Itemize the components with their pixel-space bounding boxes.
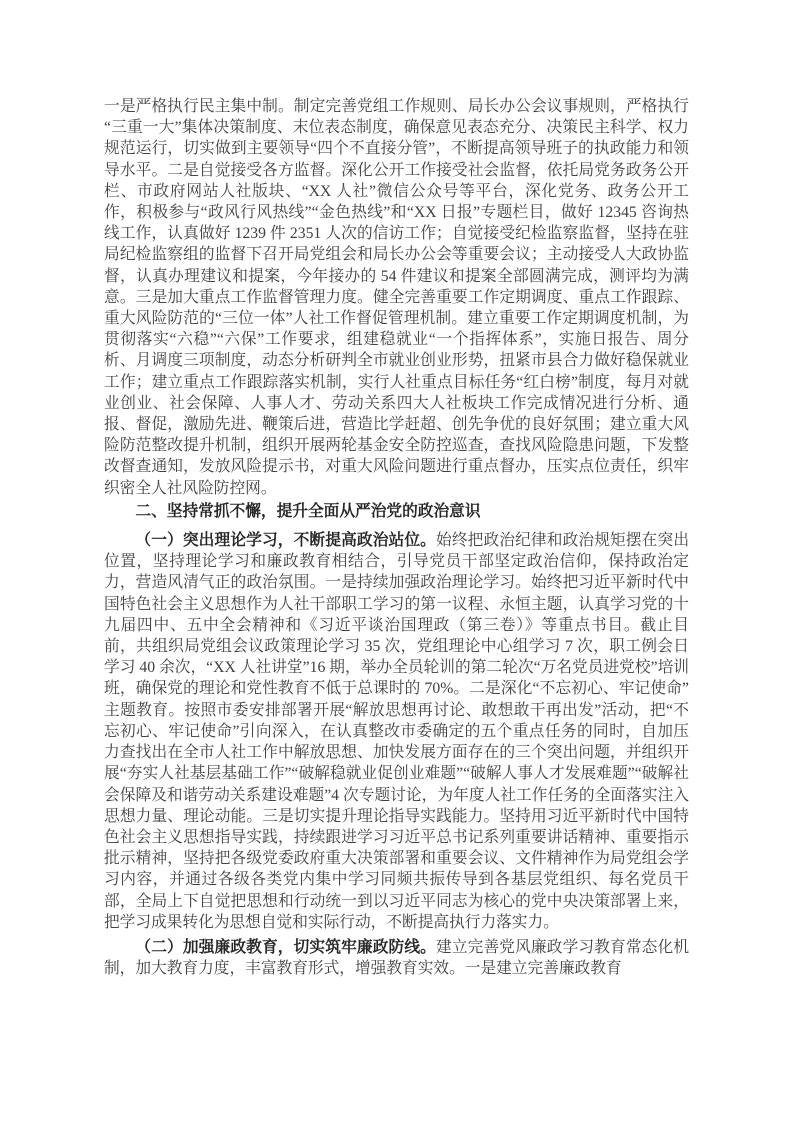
paragraph-sub1-body: 始终把政治纪律和政治规矩摆在突出位置，坚持理论学习和廉政教育相结合，引导党员干部… — [104, 532, 689, 931]
document-page: 一是严格执行民主集中制。制定完善党组工作规则、局长办公会议事规则，严格执行“三重… — [0, 0, 793, 1122]
paragraph-continuation: 一是严格执行民主集中制。制定完善党组工作规则、局长办公会议事规则，严格执行“三重… — [104, 96, 689, 499]
paragraph-sub1: （一）突出理论学习，不断提高政治站位。始终把政治纪律和政治规矩摆在突出位置，坚持… — [104, 530, 689, 933]
paragraph-sub2: （二）加强廉政教育，切实筑牢廉政防线。建立完善党风廉政学习教育常态化机制，加大教… — [104, 937, 689, 979]
section-heading: 二、坚持常抓不懈，提升全面从严治党的政治意识 — [104, 501, 689, 522]
paragraph-sub1-lead: （一）突出理论学习，不断提高政治站位。 — [135, 532, 436, 549]
paragraph-sub2-lead: （二）加强廉政教育，切实筑牢廉政防线。 — [135, 939, 436, 956]
